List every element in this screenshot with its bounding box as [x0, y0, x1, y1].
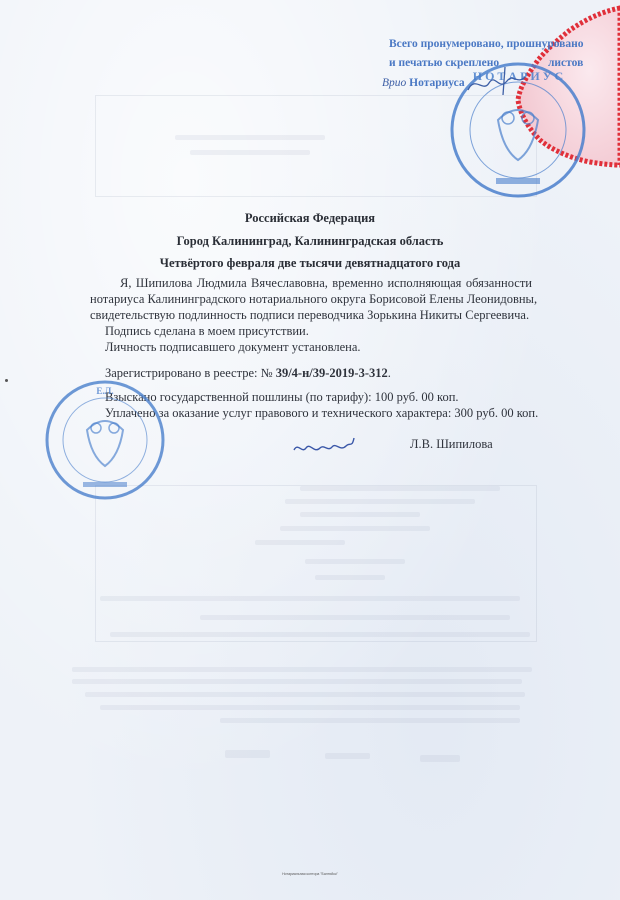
ghost-text: [220, 718, 520, 723]
certification-line-3: Врио Нотариуса: [382, 77, 465, 89]
ghost-text: [225, 750, 270, 758]
ghost-text: [255, 540, 345, 545]
scan-speck: [5, 379, 8, 382]
certification-vrio: Врио: [382, 77, 406, 89]
body-paragraph-line-3: свидетельствую подлинность подписи перев…: [90, 308, 529, 323]
ghost-text: [420, 755, 460, 762]
registry-suffix: .: [388, 366, 391, 380]
ghost-text: [200, 615, 510, 620]
registry-number: 39/4-н/39-2019-3-312: [276, 366, 388, 380]
services-paid-statement: Уплачено за оказание услуг правового и т…: [105, 406, 538, 421]
ghost-text: [300, 486, 500, 491]
ghost-text: [100, 705, 520, 710]
identity-established-statement: Личность подписавшего документ установле…: [105, 340, 361, 355]
ghost-text: [315, 575, 385, 580]
ghost-text: [100, 596, 520, 601]
certification-line-2-suffix: листов: [548, 57, 583, 69]
notary-name: Л.В. Шипилова: [410, 437, 493, 452]
ghost-text: [300, 512, 420, 517]
svg-text:Е.Л.: Е.Л.: [96, 386, 113, 396]
notary-signature: [290, 432, 360, 462]
ghost-text: [85, 692, 525, 697]
ghost-text: [110, 632, 530, 637]
notary-seal-left: Е.Л.: [43, 378, 167, 502]
notarial-document-page: Н О Т А Р И У С Всего пронумеровано, про…: [0, 0, 620, 900]
certification-line-1: Всего пронумеровано, прошнуровано: [389, 38, 584, 50]
ghost-text: [72, 679, 522, 684]
certification-signature: [465, 65, 535, 100]
certification-notary-label: Нотариуса: [409, 77, 465, 89]
footer-note: Нотариальная контора "Балтийск": [0, 872, 620, 876]
header-city: Город Калининград, Калининградская облас…: [0, 234, 620, 249]
ghost-text: [325, 753, 370, 759]
body-paragraph-line-1: Я, Шипилова Людмила Вячеславовна, времен…: [120, 276, 532, 291]
header-date: Четвёртого февраля две тысячи девятнадца…: [0, 256, 620, 271]
signature-made-statement: Подпись сделана в моем присутствии.: [105, 324, 309, 339]
header-country: Российская Федерация: [0, 211, 620, 226]
body-paragraph-line-2: нотариуса Калининградского нотариального…: [90, 292, 532, 307]
ghost-text: [72, 667, 532, 672]
ghost-text: [280, 526, 430, 531]
ghost-text: [305, 559, 405, 564]
ghost-text: [285, 499, 475, 504]
